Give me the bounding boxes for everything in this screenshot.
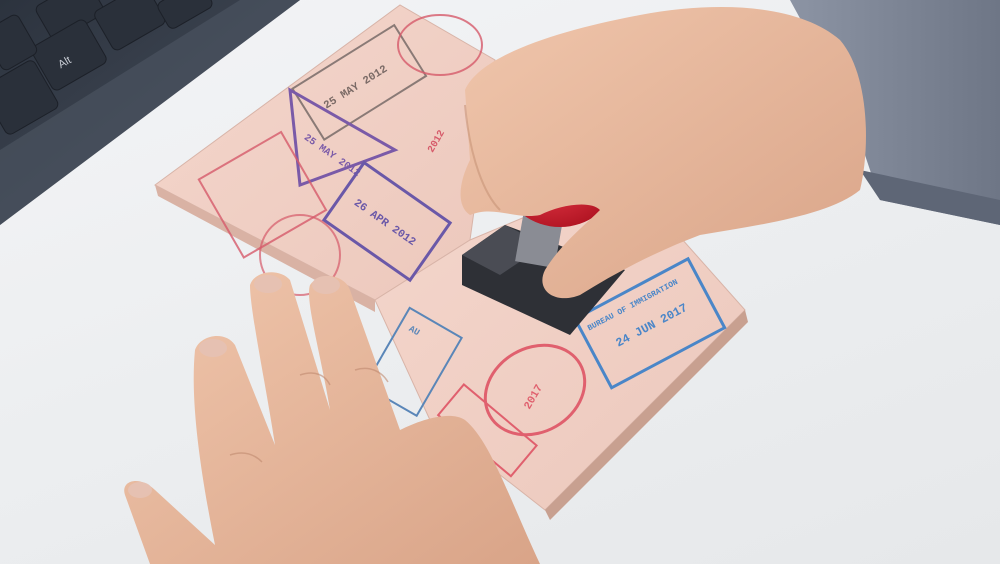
photo-illustration: Alt 25 MAY 2012 25 MAY 2012 26 APR 2012 …	[0, 0, 1000, 564]
photo-scene: Alt 25 MAY 2012 25 MAY 2012 26 APR 2012 …	[0, 0, 1000, 564]
